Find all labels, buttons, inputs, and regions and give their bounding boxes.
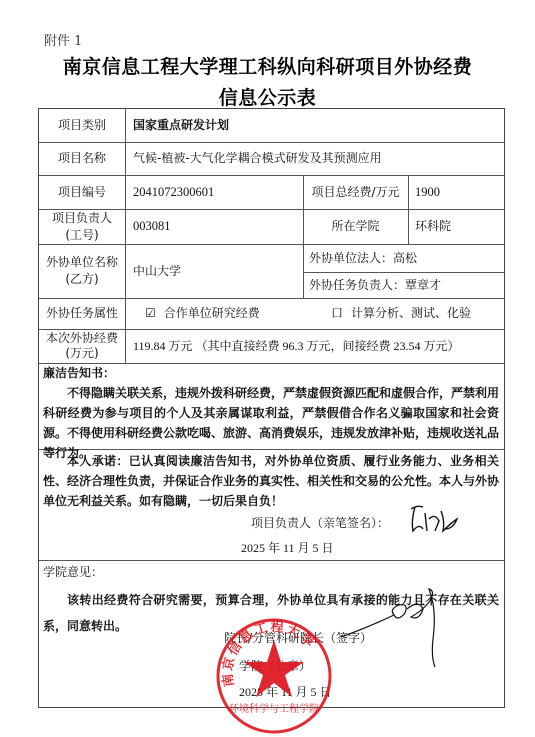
partner-label: 外协单位名称 (乙方) <box>39 244 125 298</box>
project-name-label: 项目名称 <box>39 142 125 175</box>
project-number-label: 项目编号 <box>39 175 125 209</box>
partner-task-lead-value: 覃章才 <box>405 277 441 294</box>
total-funding-label: 项目总经费/万元 <box>303 175 408 209</box>
pi-label-line1: 项目负责人 <box>52 210 112 227</box>
col-divider <box>125 109 126 363</box>
college-value: 环科院 <box>415 209 500 244</box>
partner-label-line2: (乙方) <box>65 271 98 288</box>
task-option-research-funds[interactable]: ☑ 合作单位研究经费 <box>145 298 305 329</box>
partner-task-lead: 外协任务负责人： 覃章才 <box>309 272 499 298</box>
dean-signature-label: 院长/分管科研院长（签字） <box>224 629 372 646</box>
row-divider <box>39 560 504 561</box>
document-title-line2: 信息公示表 <box>0 83 535 110</box>
pi-label-line2: (工号) <box>65 227 98 244</box>
task-option-testing[interactable]: 口 计算分析、测试、化验 <box>331 298 501 329</box>
project-category-value: 国家重点研发计划 <box>133 109 493 142</box>
amount-label-line1: 本次外协经费 <box>46 331 118 346</box>
integrity-notice: 廉洁告知书： 不得隐瞒关联关系，违规外拨科研经费，严禁虚假资源匹配和虚假合作，严… <box>43 363 499 463</box>
checkbox-unchecked-icon[interactable]: 口 <box>331 305 343 322</box>
college-opinion-heading: 学院意见： <box>43 563 103 580</box>
pi-id-value: 003081 <box>133 209 298 244</box>
info-table: 项目类别 国家重点研发计划 项目名称 气候-植被-大气化学耦合模式研发及其预测应… <box>38 108 505 708</box>
total-funding-value: 1900 <box>415 175 500 209</box>
project-number-value: 2041072300601 <box>133 175 298 209</box>
partner-legal-rep-label: 外协单位法人： <box>309 250 393 267</box>
integrity-notice-heading: 廉洁告知书： <box>43 363 499 383</box>
document-title-line1: 南京信息工程大学理工科纵向科研项目外协经费 <box>0 52 535 79</box>
college-opinion-date: 2025 年 11 月 5 日 <box>239 683 332 700</box>
partner-task-lead-label: 外协任务负责人： <box>309 277 405 294</box>
task-attribute-label: 外协任务属性 <box>39 298 125 329</box>
college-seal-label: 学院（公章） <box>239 657 311 674</box>
amount-label: 本次外协经费 (万元) <box>39 329 125 363</box>
partner-legal-rep-value: 高松 <box>393 250 417 267</box>
task-option-label: 计算分析、测试、化验 <box>351 305 471 322</box>
task-option-label: 合作单位研究经费 <box>164 305 260 322</box>
checkbox-checked-icon[interactable]: ☑ <box>145 305 156 322</box>
partner-label-line1: 外协单位名称 <box>46 254 118 271</box>
partner-legal-rep: 外协单位法人： 高松 <box>309 244 499 272</box>
amount-value: 119.84 万元 （其中直接经费 96.3 万元，间接经费 23.54 万元） <box>133 329 503 363</box>
amount-label-line2: (万元) <box>65 346 98 361</box>
project-name-value: 气候-植被-大气化学耦合模式研发及其预测应用 <box>133 142 493 175</box>
pledge-body: 本人承诺：已认真阅读廉洁告知书，对外协单位资质、履行业务能力、业务相关性、经济合… <box>43 451 499 511</box>
project-category-label: 项目类别 <box>39 109 125 142</box>
pi-signature-label: 项目负责人（亲笔签名）： <box>251 514 389 531</box>
pledge-date: 2025 年 11 月 5 日 <box>241 539 334 556</box>
col-divider <box>408 175 409 244</box>
college-label: 所在学院 <box>303 209 408 244</box>
pi-label: 项目负责人 (工号) <box>39 209 125 244</box>
attachment-label: 附件 1 <box>44 30 82 49</box>
partner-name-value: 中山大学 <box>133 244 298 298</box>
